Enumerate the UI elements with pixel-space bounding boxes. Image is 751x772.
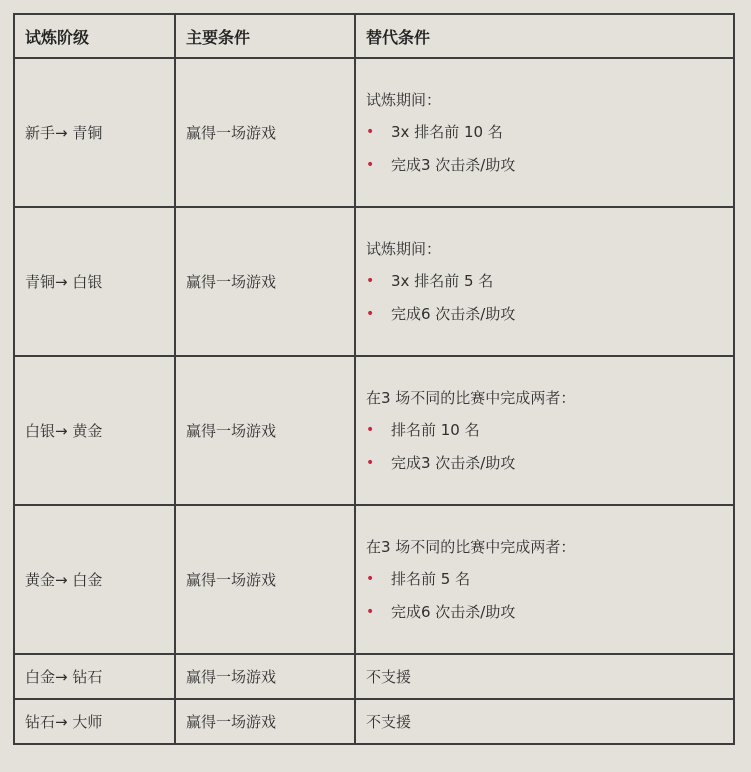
list-item: •完成3 次击杀/助攻: [366, 155, 723, 175]
list-item-text: 排名前 5 名: [391, 570, 470, 588]
main-condition-cell: 赢得一场游戏: [175, 699, 355, 744]
stage-cell: 新手→ 青铜: [14, 58, 175, 207]
table-row: 白金→ 钻石 赢得一场游戏 不支援: [14, 654, 734, 699]
list-item: •排名前 10 名: [366, 420, 723, 440]
alt-list: •3x 排名前 5 名 •完成6 次击杀/助攻: [366, 271, 723, 324]
alt-list: •3x 排名前 10 名 •完成3 次击杀/助攻: [366, 122, 723, 175]
main-condition-cell: 赢得一场游戏: [175, 654, 355, 699]
alt-intro: 试炼期间：: [366, 239, 723, 259]
main-condition-cell: 赢得一场游戏: [175, 58, 355, 207]
list-item: •完成3 次击杀/助攻: [366, 453, 723, 473]
main-condition-cell: 赢得一场游戏: [175, 505, 355, 654]
alt-intro: 在3 场不同的比赛中完成两者：: [366, 537, 723, 557]
bullet-icon: •: [366, 122, 374, 142]
bullet-icon: •: [366, 420, 374, 440]
alt-condition-cell: 不支援: [355, 654, 734, 699]
alt-condition-cell: 在3 场不同的比赛中完成两者： •排名前 5 名 •完成6 次击杀/助攻: [355, 505, 734, 654]
header-trial-stage: 试炼阶级: [14, 14, 175, 58]
header-main-condition: 主要条件: [175, 14, 355, 58]
table-row: 钻石→ 大师 赢得一场游戏 不支援: [14, 699, 734, 744]
stage-cell: 青铜→ 白银: [14, 207, 175, 356]
list-item: •3x 排名前 10 名: [366, 122, 723, 142]
alt-condition-cell: 试炼期间： •3x 排名前 5 名 •完成6 次击杀/助攻: [355, 207, 734, 356]
list-item-text: 3x 排名前 10 名: [391, 123, 503, 141]
bullet-icon: •: [366, 304, 374, 324]
alt-intro: 在3 场不同的比赛中完成两者：: [366, 388, 723, 408]
stage-cell: 黄金→ 白金: [14, 505, 175, 654]
table-row: 青铜→ 白银 赢得一场游戏 试炼期间： •3x 排名前 5 名 •完成6 次击杀…: [14, 207, 734, 356]
bullet-icon: •: [366, 271, 374, 291]
list-item: •排名前 5 名: [366, 569, 723, 589]
list-item-text: 完成3 次击杀/助攻: [391, 156, 515, 174]
list-item-text: 完成6 次击杀/助攻: [391, 305, 515, 323]
header-alt-condition: 替代条件: [355, 14, 734, 58]
list-item: •3x 排名前 5 名: [366, 271, 723, 291]
bullet-icon: •: [366, 453, 374, 473]
bullet-icon: •: [366, 569, 374, 589]
list-item-text: 完成3 次击杀/助攻: [391, 454, 515, 472]
alt-intro: 试炼期间：: [366, 90, 723, 110]
table-row: 白银→ 黄金 赢得一场游戏 在3 场不同的比赛中完成两者： •排名前 10 名 …: [14, 356, 734, 505]
bullet-icon: •: [366, 155, 374, 175]
table-header-row: 试炼阶级 主要条件 替代条件: [14, 14, 734, 58]
main-condition-cell: 赢得一场游戏: [175, 207, 355, 356]
trial-requirements-table: 试炼阶级 主要条件 替代条件 新手→ 青铜 赢得一场游戏 试炼期间： •3x 排…: [13, 13, 735, 745]
stage-cell: 白银→ 黄金: [14, 356, 175, 505]
alt-condition-cell: 在3 场不同的比赛中完成两者： •排名前 10 名 •完成3 次击杀/助攻: [355, 356, 734, 505]
list-item-text: 排名前 10 名: [391, 421, 480, 439]
table-row: 新手→ 青铜 赢得一场游戏 试炼期间： •3x 排名前 10 名 •完成3 次击…: [14, 58, 734, 207]
table-row: 黄金→ 白金 赢得一场游戏 在3 场不同的比赛中完成两者： •排名前 5 名 •…: [14, 505, 734, 654]
list-item-text: 3x 排名前 5 名: [391, 272, 493, 290]
stage-cell: 白金→ 钻石: [14, 654, 175, 699]
stage-cell: 钻石→ 大师: [14, 699, 175, 744]
list-item: •完成6 次击杀/助攻: [366, 602, 723, 622]
alt-condition-cell: 试炼期间： •3x 排名前 10 名 •完成3 次击杀/助攻: [355, 58, 734, 207]
bullet-icon: •: [366, 602, 374, 622]
list-item-text: 完成6 次击杀/助攻: [391, 603, 515, 621]
alt-list: •排名前 5 名 •完成6 次击杀/助攻: [366, 569, 723, 622]
alt-condition-cell: 不支援: [355, 699, 734, 744]
alt-list: •排名前 10 名 •完成3 次击杀/助攻: [366, 420, 723, 473]
main-condition-cell: 赢得一场游戏: [175, 356, 355, 505]
list-item: •完成6 次击杀/助攻: [366, 304, 723, 324]
